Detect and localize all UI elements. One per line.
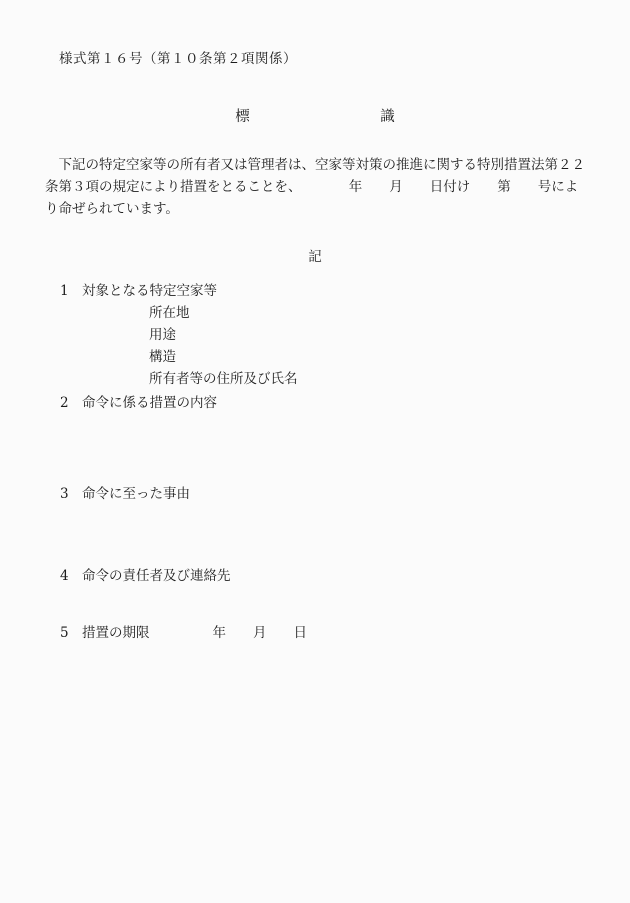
deadline-date-fields: 年 月 日 xyxy=(213,622,308,644)
form-number: 様式第１６号（第１０条第２項関係） xyxy=(59,48,585,70)
item-number: 1 xyxy=(60,280,82,302)
item-number: 2 xyxy=(60,392,82,414)
subitem-use: 用途 xyxy=(149,324,585,346)
list-item-deadline: 5 措置の期限 年 月 日 xyxy=(60,622,585,644)
list-item-reason: 3 命令に至った事由 xyxy=(60,483,585,505)
list-item-subject: 1 対象となる特定空家等 xyxy=(60,280,585,302)
item-number: 3 xyxy=(60,483,82,505)
item-label: 対象となる特定空家等 xyxy=(82,280,217,302)
subitem-owner-address-name: 所有者等の住所及び氏名 xyxy=(149,368,585,390)
subitem-structure: 構造 xyxy=(149,346,585,368)
document-title: 標 識 xyxy=(45,106,585,128)
item-label: 命令の責任者及び連絡先 xyxy=(82,565,231,587)
item-label: 命令に係る措置の内容 xyxy=(82,392,217,414)
item-label: 措置の期限 xyxy=(82,622,150,644)
subitem-location: 所在地 xyxy=(149,302,585,324)
item-number: 4 xyxy=(60,565,82,587)
document-page: 様式第１６号（第１０条第２項関係） 標 識 下記の特定空家等の所有者又は管理者は… xyxy=(0,0,630,903)
list-item-responsible-contact: 4 命令の責任者及び連絡先 xyxy=(60,565,585,587)
item-label: 命令に至った事由 xyxy=(82,483,190,505)
subitem-list: 所在地 用途 構造 所有者等の住所及び氏名 xyxy=(149,302,585,390)
record-marker: 記 xyxy=(45,246,585,268)
list-item-measure-content: 2 命令に係る措置の内容 xyxy=(60,392,585,414)
item-number: 5 xyxy=(60,622,82,644)
body-paragraph: 下記の特定空家等の所有者又は管理者は、空家等対策の推進に関する特別措置法第２２ … xyxy=(45,154,585,220)
